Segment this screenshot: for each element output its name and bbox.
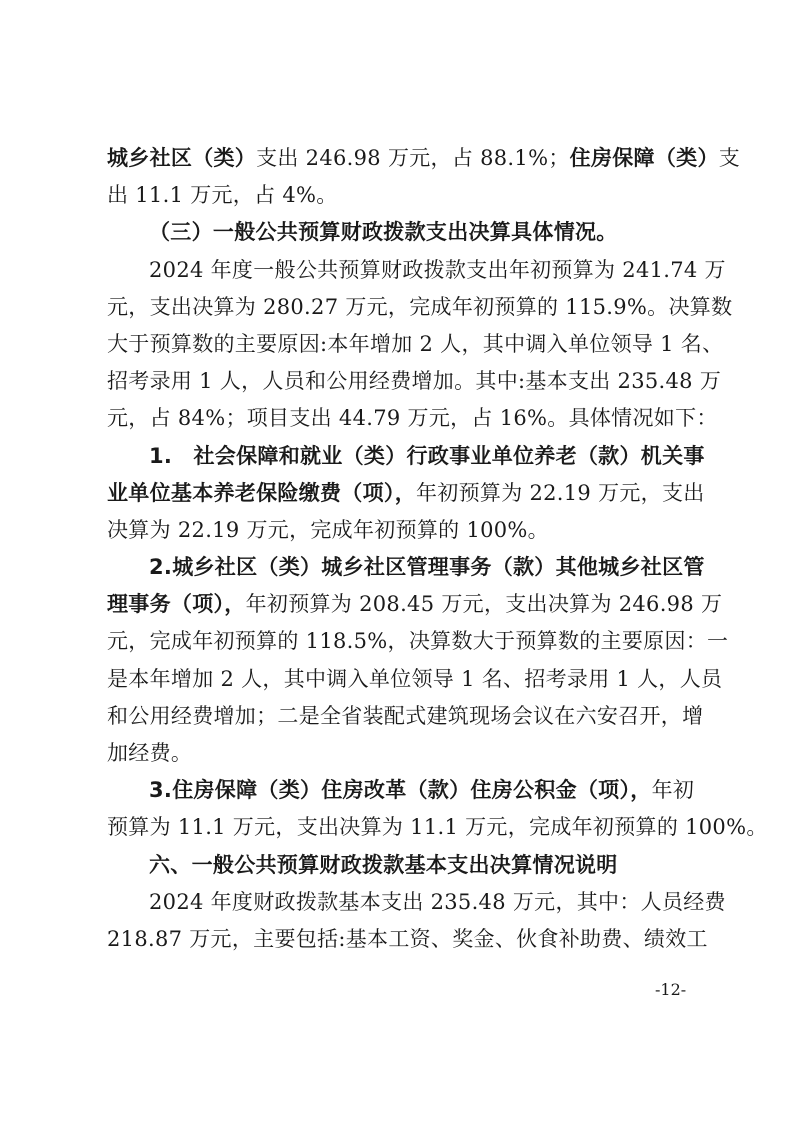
body-text: 元，完成年初预算的 118.5%，决算数大于预算数的主要原因：一 xyxy=(107,629,728,653)
paragraph-line: 大于预算数的主要原因:本年增加 2 人，其中调入单位领导 1 名、 xyxy=(107,326,693,363)
item-heading-text: 1. 社会保障和就业（类）行政事业单位养老（款）机关事 xyxy=(149,444,705,468)
paragraph-line: 预算为 11.1 万元，支出决算为 11.1 万元，完成年初预算的 100%。 xyxy=(107,809,693,846)
paragraph-line: 2024 年度财政拨款基本支出 235.48 万元，其中：人员经费 xyxy=(107,884,693,921)
item-heading-text: 2.城乡社区（类）城乡社区管理事务（款）其他城乡社区管 xyxy=(149,555,705,579)
body-text: 元，支出决算为 280.27 万元，完成年初预算的 115.9%。决算数 xyxy=(107,295,732,319)
category-label: 住房保障（类） xyxy=(570,146,719,170)
paragraph-line: 出 11.1 万元，占 4%。 xyxy=(107,177,693,214)
paragraph-line: 招考录用 1 人，人员和公用经费增加。其中:基本支出 235.48 万 xyxy=(107,363,693,400)
category-label: 城乡社区（类） xyxy=(107,146,256,170)
body-text: 2024 年度财政拨款基本支出 235.48 万元，其中：人员经费 xyxy=(149,890,726,914)
body-text: 2024 年度一般公共预算财政拨款支出年初预算为 241.74 万 xyxy=(149,258,726,282)
item-heading: 1. 社会保障和就业（类）行政事业单位养老（款）机关事 xyxy=(107,438,693,475)
body-text: 年初预算为 22.19 万元，支出 xyxy=(416,481,705,505)
paragraph-line: 加经费。 xyxy=(107,735,693,772)
body-text: 支 xyxy=(719,146,740,170)
section-heading-text: 六、一般公共预算财政拨款基本支出决算情况说明 xyxy=(149,853,618,877)
section-heading-text: （三）一般公共预算财政拨款支出决算具体情况。 xyxy=(149,220,618,244)
item-heading-text: 3.住房保障（类）住房改革（款）住房公积金（项）， xyxy=(149,778,652,802)
paragraph-line: 元，占 84%；项目支出 44.79 万元，占 16%。具体情况如下： xyxy=(107,400,693,437)
body-text: 招考录用 1 人，人员和公用经费增加。其中:基本支出 235.48 万 xyxy=(107,369,721,393)
page-number: -12- xyxy=(655,980,686,999)
paragraph-line: 元，支出决算为 280.27 万元，完成年初预算的 115.9%。决算数 xyxy=(107,289,693,326)
body-text: 和公用经费增加；二是全省装配式建筑现场会议在六安召开，增 xyxy=(107,704,703,728)
body-text: 大于预算数的主要原因:本年增加 2 人，其中调入单位领导 1 名、 xyxy=(107,332,723,356)
document-body: 城乡社区（类）支出 246.98 万元，占 88.1%；住房保障（类）支 出 1… xyxy=(107,140,693,958)
item-heading: 3.住房保障（类）住房改革（款）住房公积金（项），年初 xyxy=(107,772,693,809)
body-text: 是本年增加 2 人，其中调入单位领导 1 名、招考录用 1 人，人员 xyxy=(107,667,722,691)
paragraph-line: 城乡社区（类）支出 246.98 万元，占 88.1%；住房保障（类）支 xyxy=(107,140,693,177)
paragraph-line: 元，完成年初预算的 118.5%，决算数大于预算数的主要原因：一 xyxy=(107,623,693,660)
body-text: 决算为 22.19 万元，完成年初预算的 100%。 xyxy=(107,518,549,542)
body-text: 出 11.1 万元，占 4%。 xyxy=(107,183,338,207)
item-heading-text: 业单位基本养老保险缴费（项）， xyxy=(107,481,416,505)
paragraph-line: 业单位基本养老保险缴费（项），年初预算为 22.19 万元，支出 xyxy=(107,475,693,512)
body-text: 预算为 11.1 万元，支出决算为 11.1 万元，完成年初预算的 100%。 xyxy=(107,815,768,839)
item-heading-text: 理事务（项）， xyxy=(107,592,246,616)
paragraph-line: 是本年增加 2 人，其中调入单位领导 1 名、招考录用 1 人，人员 xyxy=(107,661,693,698)
paragraph-line: 决算为 22.19 万元，完成年初预算的 100%。 xyxy=(107,512,693,549)
body-text: 加经费。 xyxy=(107,741,192,765)
body-text: 年初 xyxy=(652,778,695,802)
section-heading: 六、一般公共预算财政拨款基本支出决算情况说明 xyxy=(107,847,693,884)
paragraph-line: 2024 年度一般公共预算财政拨款支出年初预算为 241.74 万 xyxy=(107,252,693,289)
paragraph-line: 和公用经费增加；二是全省装配式建筑现场会议在六安召开，增 xyxy=(107,698,693,735)
paragraph-line: 218.87 万元，主要包括:基本工资、奖金、伙食补助费、绩效工 xyxy=(107,921,693,958)
item-heading: 2.城乡社区（类）城乡社区管理事务（款）其他城乡社区管 xyxy=(107,549,693,586)
body-text: 元，占 84%；项目支出 44.79 万元，占 16%。具体情况如下： xyxy=(107,406,718,430)
body-text: 218.87 万元，主要包括:基本工资、奖金、伙食补助费、绩效工 xyxy=(107,927,708,951)
body-text: 支出 246.98 万元，占 88.1%； xyxy=(256,146,570,170)
paragraph-line: 理事务（项），年初预算为 208.45 万元，支出决算为 246.98 万 xyxy=(107,586,693,623)
body-text: 年初预算为 208.45 万元，支出决算为 246.98 万 xyxy=(246,592,723,616)
section-heading: （三）一般公共预算财政拨款支出决算具体情况。 xyxy=(107,214,693,251)
